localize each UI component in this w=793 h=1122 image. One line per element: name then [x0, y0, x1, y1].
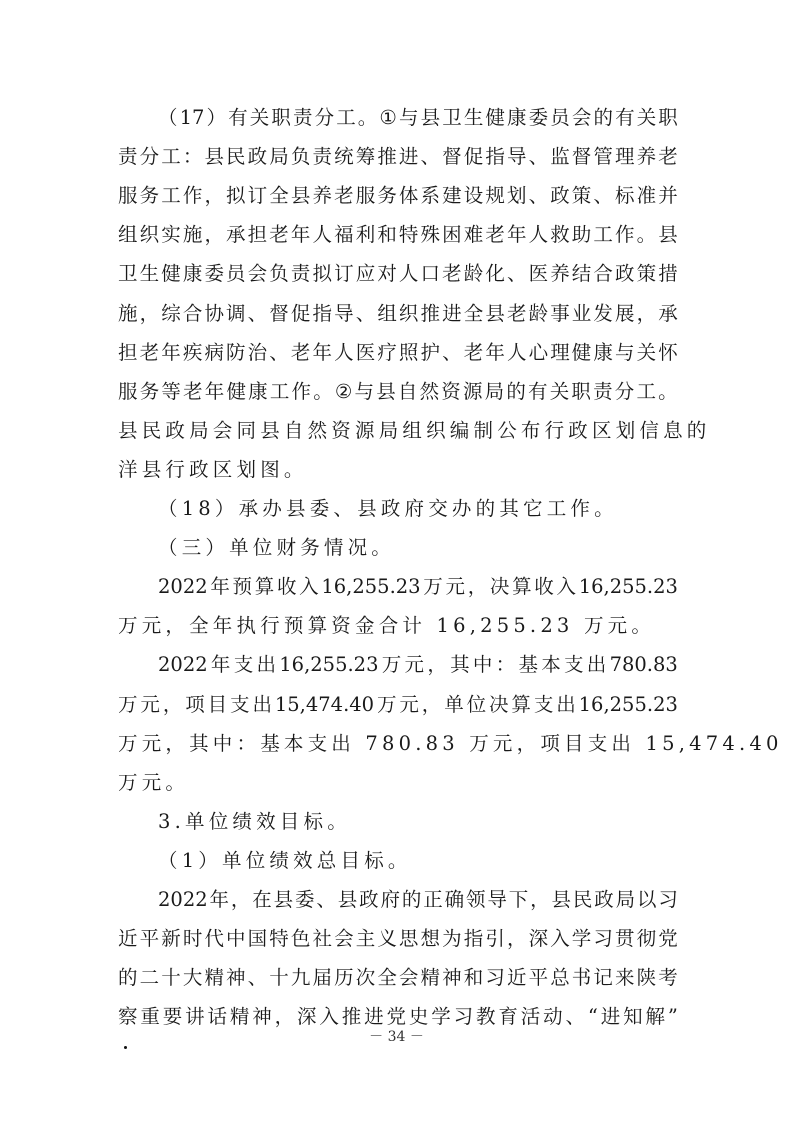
- text-line: （三）单位财务情况。: [158, 533, 678, 563]
- text-line: 施，综合协调、督促指导、组织推进全县老龄事业发展，承: [118, 299, 678, 329]
- text-line: 担老年疾病防治、老年人医疗照护、老年人心理健康与关怀: [118, 338, 678, 368]
- text-line: 组织实施，承担老年人福利和特殊困难老年人救助工作。县: [118, 220, 678, 250]
- text-line: 责分工：县民政局负责统筹推进、督促指导、监督管理养老: [118, 142, 678, 172]
- document-page: （17）有关职责分工。①与县卫生健康委员会的有关职责分工：县民政局负责统筹推进、…: [0, 0, 793, 1122]
- text-line: 3.单位绩效目标。: [158, 807, 678, 837]
- text-line: （17）有关职责分工。①与县卫生健康委员会的有关职: [158, 103, 678, 133]
- text-line: （18）承办县委、县政府交办的其它工作。: [158, 494, 678, 524]
- text-line: 的二十大精神、十九届历次全会精神和习近平总书记来陕考: [118, 963, 678, 993]
- text-line: 服务等老年健康工作。②与县自然资源局的有关职责分工。: [118, 377, 678, 407]
- text-line: 万元，项目支出15,474.40万元，单位决算支出16,255.23: [118, 690, 678, 720]
- text-line: （1）单位绩效总目标。: [158, 846, 678, 876]
- text-line: 万元，全年执行预算资金合计 16,255.23 万元。: [118, 611, 678, 641]
- text-line: 卫生健康委员会负责拟订应对人口老龄化、医养结合政策措: [118, 259, 678, 289]
- page-mark: [124, 1046, 127, 1049]
- text-line: 洋县行政区划图。: [118, 455, 678, 485]
- page-number: － 34 －: [0, 1026, 793, 1046]
- text-line: 万元。: [118, 768, 678, 798]
- text-line: 近平新时代中国特色社会主义思想为指引，深入学习贯彻党: [118, 924, 678, 954]
- text-line: 服务工作，拟订全县养老服务体系建设规划、政策、标准并: [118, 181, 678, 211]
- text-line: 万元，其中：基本支出 780.83 万元，项目支出 15,474.40: [118, 729, 678, 759]
- text-line: 县民政局会同县自然资源局组织编制公布行政区划信息的: [118, 416, 678, 446]
- text-line: 2022年，在县委、县政府的正确领导下，县民政局以习: [158, 885, 678, 915]
- text-line: 2022年预算收入16,255.23万元，决算收入16,255.23: [158, 572, 678, 602]
- text-line: 2022年支出16,255.23万元，其中：基本支出780.83: [158, 650, 678, 680]
